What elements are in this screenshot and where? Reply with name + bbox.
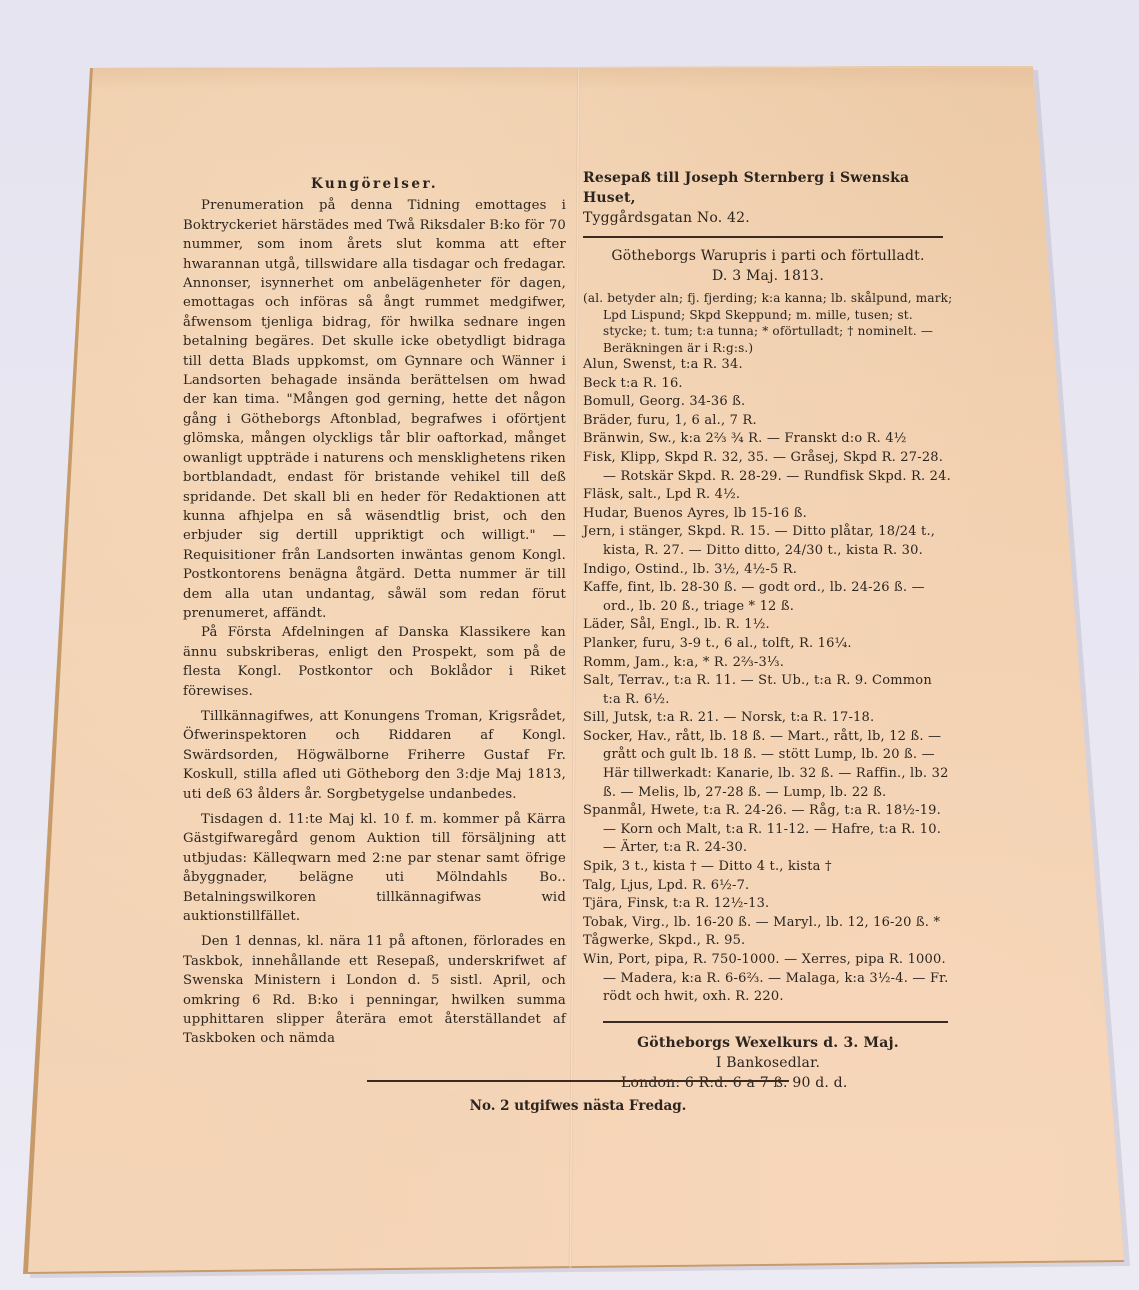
price-item: Bomull, Georg. 34-36 ß. [583,393,953,412]
price-item: Win, Port, pipa, R. 750-1000. — Xerres, … [583,951,953,1007]
exchange-title: Götheborgs Wexelkurs d. 3. Maj. [583,1033,953,1053]
continuation-line-1: Resepaß till Joseph Sternberg i Swenska … [583,168,953,208]
price-item: Salt, Terrav., t:a R. 11. — St. Ub., t:a… [583,672,953,709]
price-item: Indigo, Ostind., lb. 3½, 4½-5 R. [583,561,953,580]
price-item: Tjära, Finsk, t:a R. 12½-13. [583,895,953,914]
price-item: Spanmål, Hwete, t:a R. 24-26. — Råg, t:a… [583,802,953,858]
price-item: Tågwerke, Skpd., R. 95. [583,932,953,951]
price-item: Fläsk, salt., Lpd R. 4½. [583,486,953,505]
price-item: Hudar, Buenos Ayres, lb 15-16 ß. [583,505,953,524]
price-item: Socker, Hav., rått, lb. 18 ß. — Mart., r… [583,728,953,802]
right-column: Resepaß till Joseph Sternberg i Swenska … [583,168,953,1093]
price-item: Tobak, Virg., lb. 16-20 ß. — Maryl., lb.… [583,914,953,933]
price-item: Talg, Ljus, Lpd. R. 6½-7. [583,877,953,896]
section-divider [583,236,943,238]
auction-paragraph: Tisdagen d. 11:te Maj kl. 10 f. m. komme… [183,810,566,926]
subscription-paragraph: Prenumeration på denna Tidning emottages… [183,196,566,623]
prices-date: D. 3 Maj. 1813. [583,266,953,286]
price-item: Romm, Jam., k:a, * R. 2⅔-3⅓. [583,654,953,673]
abbreviations-legend: (al. betyder aln; fj. fjerding; k:a kann… [583,290,953,356]
price-item: Planker, furu, 3-9 t., 6 al., tolft, R. … [583,635,953,654]
prices-title: Götheborgs Warupris i parti och förtulla… [583,246,953,266]
price-item: Bränwin, Sw., k:a 2⅔ ¾ R. — Franskt d:o … [583,430,953,449]
obituary-paragraph: Tillkännagifwes, att Konungens Troman, K… [183,707,566,804]
price-item: Kaffe, fint, lb. 28-30 ß. — godt ord., l… [583,579,953,616]
paper-top-crease [93,68,1033,90]
price-list: Alun, Swenst, t:a R. 34. Beck t:a R. 16.… [583,356,953,1007]
continuation-line-2: Tyggårdsgatan No. 42. [583,208,953,228]
announcements-heading: Kungörelser. [183,175,566,194]
danish-classics-paragraph: På Första Afdelningen af Danska Klassike… [183,623,566,701]
price-item: Beck t:a R. 16. [583,375,953,394]
price-item: Bräder, furu, 1, 6 al., 7 R. [583,412,953,431]
price-item: Jern, i stänger, Skpd. R. 15. — Ditto pl… [583,523,953,560]
footer-divider [367,1080,789,1082]
exchange-divider [603,1021,948,1023]
exchange-rate: London: 6 R:d. 6 a 7 ß. 90 d. d. [583,1073,953,1093]
price-item: Fisk, Klipp, Skpd R. 32, 35. — Gråsej, S… [583,449,953,486]
price-item: Läder, Sål, Engl., lb. R. 1½. [583,616,953,635]
price-item: Spik, 3 t., kista † — Ditto 4 t., kista … [583,858,953,877]
lost-wallet-paragraph: Den 1 dennas, kl. nära 11 på aftonen, fö… [183,932,566,1048]
left-column: Kungörelser. Prenumeration på denna Tidn… [183,175,566,1049]
price-item: Sill, Jutsk, t:a R. 21. — Norsk, t:a R. … [583,709,953,728]
price-item: Alun, Swenst, t:a R. 34. [583,356,953,375]
exchange-subtitle: I Bankosedlar. [583,1053,953,1073]
next-issue-notice: No. 2 utgifwes nästa Fredag. [367,1098,789,1114]
